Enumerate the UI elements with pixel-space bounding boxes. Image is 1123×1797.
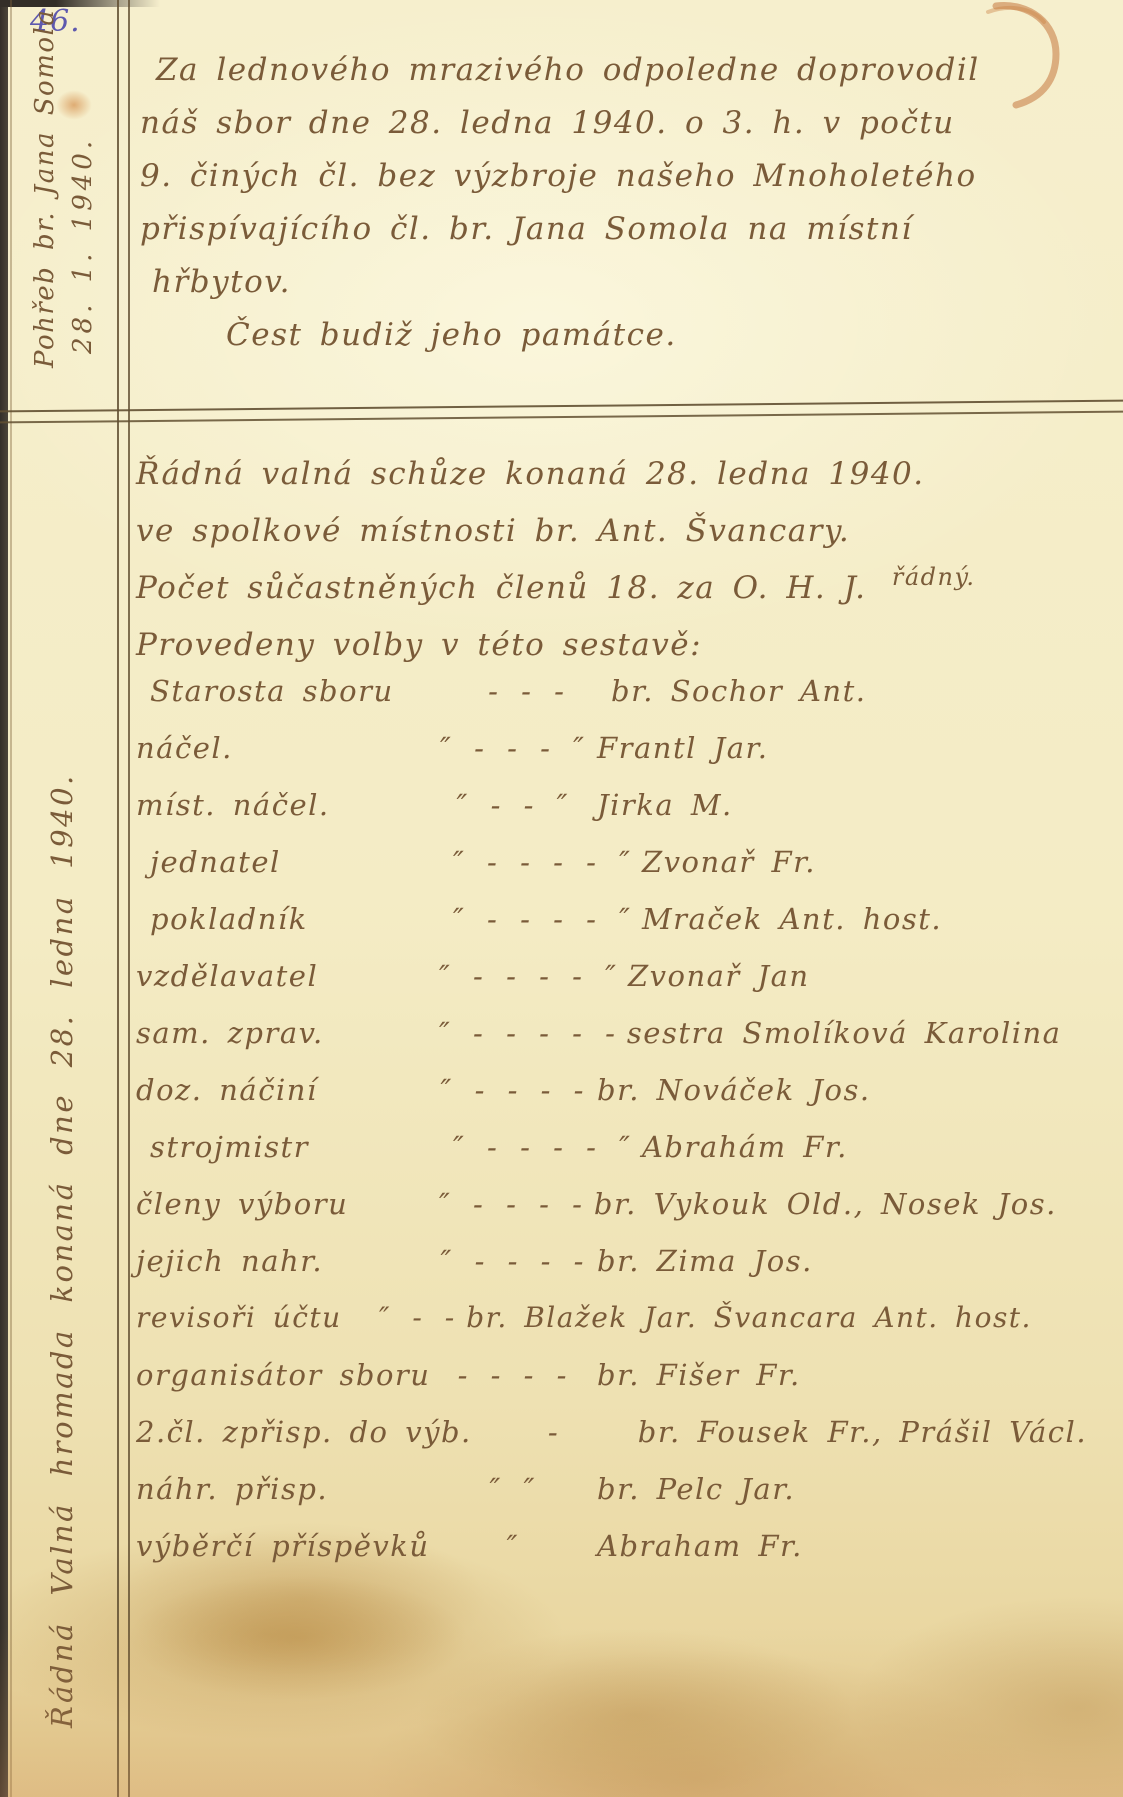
inserted-word: řádný. <box>892 563 976 591</box>
role-row: výběrčí příspěvků ″ Abraham Fr. <box>136 1529 1107 1586</box>
role-name: br. Fousek Fr., Prášil Václ. <box>638 1415 1087 1449</box>
role-label: Starosta sboru <box>136 674 445 708</box>
ditto-dashes: ″ - - - ″ <box>431 731 597 765</box>
text-line: Provedeny volby v této sestavě: <box>136 617 1107 674</box>
line-text: Počet sůčastněných členů 18. za O. H. J. <box>136 570 867 606</box>
role-label: výběrčí příspěvků <box>136 1529 431 1563</box>
role-row: členy výboru ″ - - - - br. Vykouk Old., … <box>136 1187 1107 1244</box>
role-name: Frantl Jar. <box>597 731 768 765</box>
role-name: br. Vykouk Old., Nosek Jos. <box>594 1187 1057 1221</box>
role-label: náhr. přisp. <box>136 1472 431 1506</box>
ditto-dashes: ″ - - - - ″ <box>445 1130 642 1164</box>
role-name: Abraham Fr. <box>597 1529 803 1563</box>
election-results-list: Starosta sboru - - - br. Sochor Ant. náč… <box>136 674 1107 1586</box>
ditto-dashes: ″ - - - - - <box>431 1016 627 1050</box>
role-name: br. Blažek Jar. Švancara Ant. host. <box>466 1301 1032 1334</box>
ditto-dashes: - - - - <box>431 1358 597 1392</box>
role-row: organisátor sboru - - - - br. Fišer Fr. <box>136 1358 1107 1415</box>
line-text: Řádná valná schůze konaná 28. ledna 1940… <box>136 456 925 492</box>
ditto-dashes: - - - <box>445 674 611 708</box>
ditto-dashes: ″ <box>431 1529 597 1563</box>
role-label: míst. náčel. <box>136 788 431 822</box>
ditto-dashes: ″ ″ <box>431 1472 597 1506</box>
role-row: 2.čl. zpřisp. do výb. - br. Fousek Fr., … <box>136 1415 1107 1472</box>
line-text: ve spolkové místnosti br. Ant. Švancary. <box>136 513 850 549</box>
text-line: přispívajícího čl. br. Jana Somola na mí… <box>140 203 1097 256</box>
role-row: náhr. přisp. ″ ″ br. Pelc Jar. <box>136 1472 1107 1529</box>
ditto-dashes: ″ - - <box>371 1301 466 1334</box>
burial-entry: Za lednového mrazivého odpoledne doprovo… <box>140 44 1097 362</box>
ditto-dashes: ″ - - - - <box>431 1073 597 1107</box>
role-row: jednatel ″ - - - - ″ Zvonař Fr. <box>136 845 1107 902</box>
margin-note-burial: Pohřeb br. Jana Somola 28. 1. 1940. <box>26 44 104 368</box>
paper-edge-line <box>10 0 12 1797</box>
role-name: br. Zima Jos. <box>597 1244 813 1278</box>
role-name: br. Pelc Jar. <box>597 1472 795 1506</box>
ditto-dashes: ″ - - - - ″ <box>445 902 642 936</box>
role-name: br. Nováček Jos. <box>597 1073 871 1107</box>
text-line: ve spolkové místnosti br. Ant. Švancary. <box>136 503 1107 560</box>
role-row: míst. náčel. ″ - - ″ Jirka M. <box>136 788 1107 845</box>
ditto-dashes: ″ - - ″ <box>431 788 597 822</box>
role-name: Zvonař Fr. <box>642 845 816 879</box>
role-label: doz. náčiní <box>136 1073 431 1107</box>
text-line: Čest budiž jeho památce. <box>140 309 1097 362</box>
role-label: vzdělavatel <box>136 959 431 993</box>
text-line: Za lednového mrazivého odpoledne doprovo… <box>140 44 1097 97</box>
role-name: br. Fišer Fr. <box>597 1358 801 1392</box>
role-row: vzdělavatel ″ - - - - ″ Zvonař Jan <box>136 959 1107 1016</box>
line-text: Provedeny volby v této sestavě: <box>136 627 702 663</box>
assembly-entry: Řádná valná schůze konaná 28. ledna 1940… <box>136 446 1107 1586</box>
ditto-dashes: ″ - - - - ″ <box>431 959 628 993</box>
role-row: jejich nahr. ″ - - - - br. Zima Jos. <box>136 1244 1107 1301</box>
role-row: Starosta sboru - - - br. Sochor Ant. <box>136 674 1107 731</box>
role-row: strojmistr ″ - - - - ″ Abrahám Fr. <box>136 1130 1107 1187</box>
text-line: Počet sůčastněných členů 18. za O. H. J.… <box>136 560 1107 617</box>
role-label: pokladník <box>136 902 445 936</box>
ditto-dashes: ″ - - - - <box>431 1244 597 1278</box>
margin-rule <box>117 0 130 1797</box>
role-label: organisátor sboru <box>136 1358 431 1392</box>
role-label: revisoři účtu <box>136 1301 371 1334</box>
role-label: členy výboru <box>136 1187 431 1221</box>
margin-note-assembly: Řádná Valná hromada konaná dne 28. ledna… <box>32 496 96 1728</box>
role-row: revisoři účtu ″ - - br. Blažek Jar. Švan… <box>136 1301 1107 1358</box>
role-label: jejich nahr. <box>136 1244 431 1278</box>
text-line: Řádná valná schůze konaná 28. ledna 1940… <box>136 446 1107 503</box>
text-line: 9. činých čl. bez výzbroje našeho Mnohol… <box>140 150 1097 203</box>
role-label: strojmistr <box>136 1130 445 1164</box>
role-row: náčel. ″ - - - ″ Frantl Jar. <box>136 731 1107 788</box>
margin-note-burial-title: Pohřeb br. Jana Somola <box>26 44 64 368</box>
role-row: sam. zprav. ″ - - - - - sestra Smolíková… <box>136 1016 1107 1073</box>
role-label: jednatel <box>136 845 445 879</box>
role-name: Mraček Ant. host. <box>642 902 942 936</box>
role-label: náčel. <box>136 731 431 765</box>
section-divider-rule <box>0 400 1123 424</box>
role-row: doz. náčiní ″ - - - - br. Nováček Jos. <box>136 1073 1107 1130</box>
role-name: Abrahám Fr. <box>642 1130 848 1164</box>
text-line: náš sbor dne 28. ledna 1940. o 3. h. v p… <box>140 97 1097 150</box>
role-label: 2.čl. zpřisp. do výb. <box>136 1415 472 1449</box>
role-row: pokladník ″ - - - - ″ Mraček Ant. host. <box>136 902 1107 959</box>
margin-note-burial-date: 28. 1. 1940. <box>64 44 102 368</box>
ditto-dashes: - <box>472 1415 638 1449</box>
ditto-dashes: ″ - - - - ″ <box>445 845 642 879</box>
role-label: sam. zprav. <box>136 1016 431 1050</box>
water-stain <box>128 1575 468 1700</box>
text-line: hřbytov. <box>140 256 1097 309</box>
role-name: br. Sochor Ant. <box>611 674 866 708</box>
ditto-dashes: ″ - - - - <box>431 1187 594 1221</box>
role-name: Zvonař Jan <box>628 959 810 993</box>
water-stain <box>420 1630 850 1797</box>
role-name: sestra Smolíková Karolina <box>627 1016 1062 1050</box>
scan-edge-left <box>0 0 8 1797</box>
role-name: Jirka M. <box>597 788 733 822</box>
chronicle-page: 46. Pohřeb br. Jana Somola 28. 1. 1940. … <box>0 0 1123 1797</box>
